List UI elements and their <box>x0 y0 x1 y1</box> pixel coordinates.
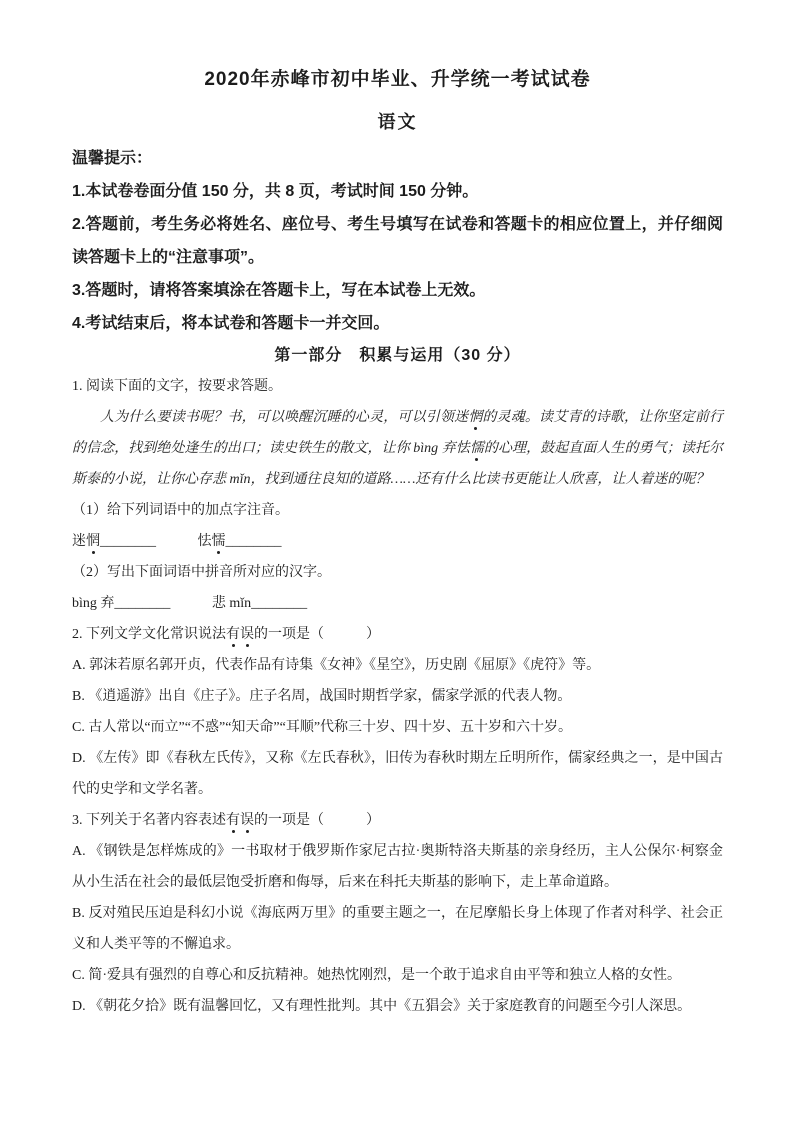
section-heading: 第一部分 积累与运用（30 分） <box>72 340 723 371</box>
q3-option-b: B. 反对殖民压迫是科幻小说《海底两万里》的重要主题之一，在尼摩船长身上体现了作… <box>72 898 723 960</box>
pinyin-blank-miwang: 迷惘________ <box>72 526 156 557</box>
q1-sub2-blanks: bìng 弃________ 悲 mǐn________ <box>72 588 723 619</box>
q3-option-a: A. 《钢铁是怎样炼成的》一书取材于俄罗斯作家尼古拉·奥斯特洛夫斯基的亲身经历，… <box>72 836 723 898</box>
q2-option-c: C. 古人常以“而立”“不惑”“知天命”“耳顺”代称三十岁、四十岁、五十岁和六十… <box>72 712 723 743</box>
notice-item-3: 3.答题时，请将答案填涂在答题卡上，写在本试卷上无效。 <box>72 274 723 307</box>
subject-title: 语文 <box>72 104 723 140</box>
q3-option-c: C. 简·爱具有强烈的自尊心和反抗精神。她热忱刚烈，是一个敢于追求自由平等和独立… <box>72 960 723 991</box>
q1-sub1-prompt: （1）给下列词语中的加点字注音。 <box>72 495 723 526</box>
q1-stem: 1. 阅读下面的文字，按要求答题。 <box>72 371 723 402</box>
q2-stem: 2. 下列文学文化常识说法有误的一项是（ ） <box>72 619 723 650</box>
hanzi-blank-beimin: 悲 mǐn________ <box>212 596 307 611</box>
q2-option-d: D. 《左传》即《春秋左氏传》，又称《左氏春秋》，旧传为春秋时期左丘明所作，儒家… <box>72 743 723 805</box>
q2-option-a: A. 郭沫若原名郭开贞，代表作品有诗集《女神》《星空》，历史剧《屈原》《虎符》等… <box>72 650 723 681</box>
q1-passage: 人为什么要读书呢？书，可以唤醒沉睡的心灵，可以引领迷惘的灵魂。读艾青的诗歌，让你… <box>72 402 723 495</box>
q3-option-d: D. 《朝花夕拾》既有温馨回忆，又有理性批判。其中《五猖会》关于家庭教育的问题至… <box>72 991 723 1022</box>
pinyin-blank-qienuo: 怯懦________ <box>198 534 282 549</box>
q1-sub2-prompt: （2）写出下面词语中拼音所对应的汉字。 <box>72 557 723 588</box>
q2-option-b: B. 《逍遥游》出自《庄子》。庄子名周，战国时期哲学家，儒家学派的代表人物。 <box>72 681 723 712</box>
notice-item-4: 4.考试结束后，将本试卷和答题卡一并交回。 <box>72 307 723 340</box>
notice-item-2: 2.答题前，考生务必将姓名、座位号、考生号填写在试卷和答题卡的相应位置上，并仔细… <box>72 208 723 274</box>
page-title: 2020年赤峰市初中毕业、升学统一考试试卷 <box>72 62 723 98</box>
hanzi-blank-bingqi: bìng 弃________ <box>72 588 170 619</box>
notice-item-1: 1.本试卷卷面分值 150 分，共 8 页，考试时间 150 分钟。 <box>72 175 723 208</box>
notice-heading: 温馨提示： <box>72 142 723 175</box>
q1-sub1-blanks: 迷惘________ 怯懦________ <box>72 526 723 557</box>
exam-paper-page: 2020年赤峰市初中毕业、升学统一考试试卷 语文 温馨提示： 1.本试卷卷面分值… <box>0 0 793 1122</box>
q3-stem: 3. 下列关于名著内容表述有误的一项是（ ） <box>72 805 723 836</box>
